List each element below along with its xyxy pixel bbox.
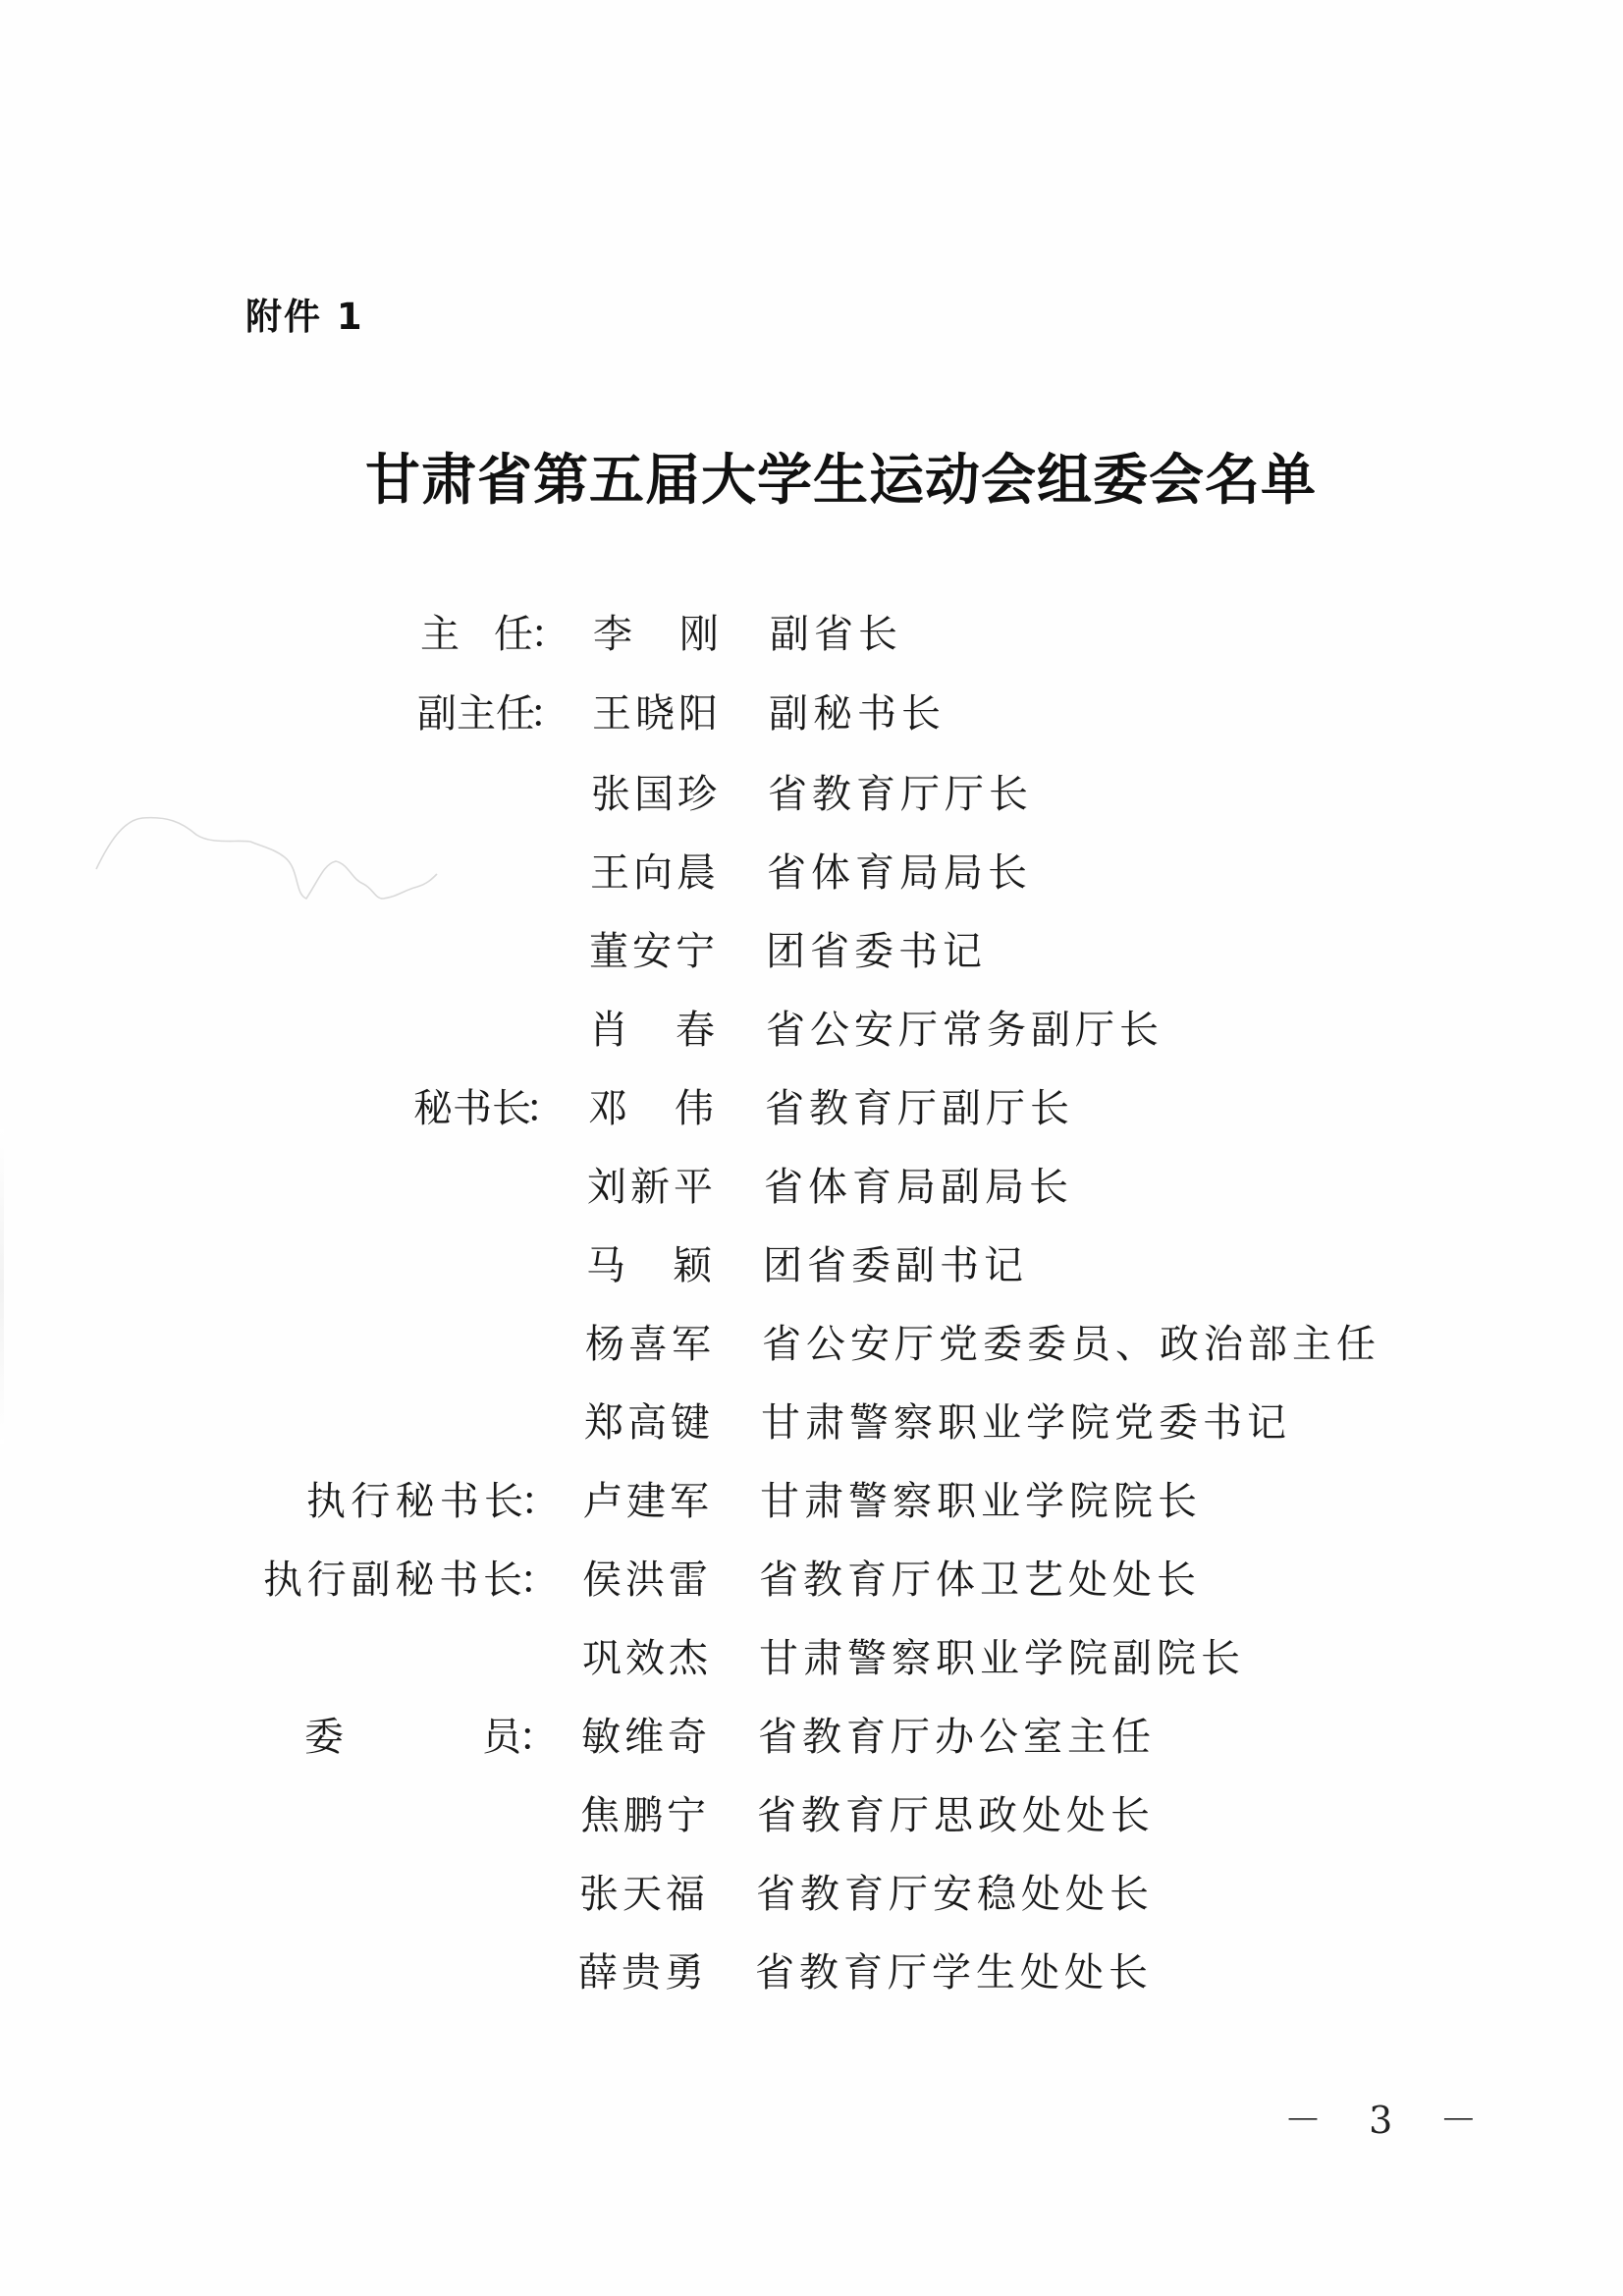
page-number: － 3 －	[1284, 2090, 1494, 2144]
roster-row: 秘书长：邓伟省教育厅副厅长	[0, 1085, 1623, 1132]
member-post: 省教育厅厅长	[768, 771, 1033, 818]
name-char: 邓	[588, 1085, 627, 1132]
roster-row: 杨喜军省公安厅党委委员、政治部主任	[0, 1321, 1623, 1368]
role-char: 长	[484, 1478, 523, 1525]
roster-row: 马颖团省委副书记	[0, 1242, 1623, 1289]
role-char: 主	[457, 690, 496, 738]
name-char: 肖	[589, 1007, 628, 1054]
name-char: 伟	[675, 1085, 714, 1132]
member-name: 巩效杰	[582, 1635, 712, 1682]
role-label: 执行副秘书长	[263, 1557, 522, 1604]
member-post: 省体育局局长	[767, 849, 1032, 897]
roster-row: 执行秘书长：卢建军甘肃警察职业学院院长	[0, 1478, 1623, 1525]
role-label: 执行秘书长	[306, 1478, 523, 1525]
role-char: 副	[352, 1557, 391, 1604]
role-char: 行	[307, 1557, 347, 1604]
roster-row: 肖春省公安厅常务副厅长	[0, 1007, 1623, 1054]
member-name: 焦鹏宁	[580, 1792, 710, 1839]
member-post: 省体育局副局长	[764, 1164, 1073, 1211]
role-char: 副	[417, 690, 457, 738]
role-char: 执	[306, 1478, 346, 1525]
roster-row: 执行副秘书长：侯洪雷省教育厅体卫艺处处长	[0, 1557, 1623, 1604]
roster-row: 董安宁团省委书记	[0, 928, 1623, 975]
role-char: 书	[439, 1557, 478, 1604]
name-char: 马	[586, 1242, 625, 1289]
name-char: 李	[593, 611, 632, 658]
member-name: 敏维奇	[581, 1714, 711, 1761]
roster-row: 焦鹏宁省教育厅思政处处长	[0, 1792, 1623, 1839]
roster-row: 副主任：王晓阳副秘书长	[0, 690, 1623, 738]
member-post: 省教育厅安稳处处长	[756, 1871, 1154, 1918]
role-char: 委	[304, 1714, 344, 1761]
role-colon: ：	[518, 1714, 558, 1761]
member-post: 省公安厅党委委员、政治部主任	[762, 1321, 1380, 1368]
role-char: 秘	[396, 1478, 435, 1525]
role-char: 主	[420, 611, 460, 658]
member-name: 张天福	[579, 1871, 709, 1918]
member-name: 侯洪雷	[582, 1557, 712, 1604]
roster-row: 薛贵勇省教育厅学生处处长	[0, 1949, 1623, 1996]
role-colon: ：	[529, 690, 568, 738]
member-post: 省教育厅体卫艺处处长	[759, 1557, 1201, 1604]
member-post: 甘肃警察职业学院党委书记	[761, 1399, 1291, 1447]
member-post: 省教育厅副厅长	[765, 1085, 1074, 1132]
role-label: 副主任	[417, 690, 533, 738]
role-label: 主任	[420, 611, 533, 658]
member-name: 刘新平	[587, 1164, 717, 1211]
member-post: 副省长	[770, 611, 902, 658]
role-colon: ：	[530, 611, 569, 658]
member-name: 郑高键	[584, 1399, 714, 1447]
member-name: 马颖	[586, 1242, 712, 1289]
document-page: 附件 1 甘肃省第五届大学生运动会组委会名单 主任：李刚副省长副主任：王晓阳副秘…	[0, 0, 1623, 2296]
member-name: 李刚	[593, 611, 719, 658]
name-char: 刚	[679, 611, 719, 658]
member-post: 省公安厅常务副厅长	[766, 1007, 1163, 1054]
member-post: 甘肃警察职业学院副院长	[759, 1635, 1245, 1682]
attachment-label: 附件 1	[245, 287, 364, 340]
roster-row: 主任：李刚副省长	[0, 611, 1623, 658]
member-post: 副秘书长	[769, 690, 946, 738]
role-char: 长	[483, 1557, 522, 1604]
member-post: 团省委副书记	[763, 1242, 1028, 1289]
roster-row: 委员：敏维奇省教育厅办公室主任	[0, 1714, 1623, 1761]
member-name: 卢建军	[583, 1478, 713, 1525]
role-colon: ：	[519, 1557, 559, 1604]
role-char: 员	[482, 1714, 521, 1761]
role-char: 秘	[413, 1085, 453, 1132]
roster-row: 刘新平省体育局副局长	[0, 1164, 1623, 1211]
role-char: 秘	[395, 1557, 434, 1604]
member-name: 邓伟	[588, 1085, 714, 1132]
document-title: 甘肃省第五届大学生运动会组委会名单	[365, 448, 1293, 513]
role-char: 行	[351, 1478, 390, 1525]
member-post: 甘肃警察职业学院院长	[760, 1478, 1202, 1525]
role-char: 任	[494, 611, 533, 658]
name-char: 春	[676, 1007, 715, 1054]
member-post: 团省委书记	[766, 928, 987, 975]
member-name: 王晓阳	[592, 690, 722, 738]
member-name: 董安宁	[589, 928, 719, 975]
name-char: 颖	[673, 1242, 712, 1289]
role-char: 书	[440, 1478, 479, 1525]
role-label: 委员	[304, 1714, 521, 1761]
member-name: 薛贵勇	[578, 1949, 708, 1996]
roster-row: 巩效杰甘肃警察职业学院副院长	[0, 1635, 1623, 1682]
role-colon: ：	[525, 1085, 565, 1132]
role-char: 书	[453, 1085, 492, 1132]
role-colon: ：	[520, 1478, 560, 1525]
member-post: 省教育厅学生处处长	[755, 1949, 1153, 1996]
role-label: 秘书长	[413, 1085, 529, 1132]
member-post: 省教育厅思政处处长	[757, 1792, 1155, 1839]
member-name: 王向晨	[590, 849, 720, 897]
member-name: 肖春	[589, 1007, 715, 1054]
member-name: 杨喜军	[585, 1321, 715, 1368]
roster-row: 张天福省教育厅安稳处处长	[0, 1871, 1623, 1918]
roster-row: 郑高键甘肃警察职业学院党委书记	[0, 1399, 1623, 1447]
roster-row: 张国珍省教育厅厅长	[0, 771, 1623, 818]
role-char: 执	[263, 1557, 302, 1604]
member-name: 张国珍	[591, 771, 721, 818]
roster-row: 王向晨省体育局局长	[0, 849, 1623, 897]
member-post: 省教育厅办公室主任	[758, 1714, 1156, 1761]
